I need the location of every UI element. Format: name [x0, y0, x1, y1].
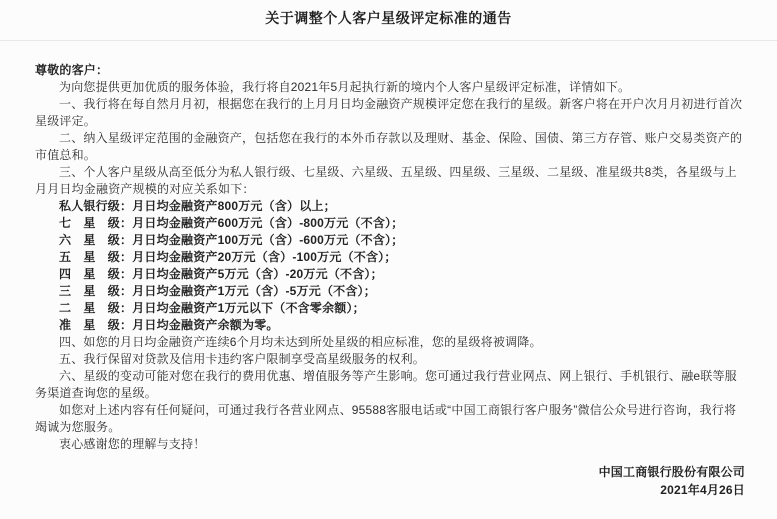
clause-2-paragraph: 二、纳入星级评定范围的金融资产，包括您在我行的本外币存款以及理财、基金、保险、国…	[35, 130, 745, 164]
clause-1-paragraph: 一、我行将在每自然月月初，根据您在我行的上月月日均金融资产规模评定您在我行的星级…	[35, 96, 745, 130]
notice-date: 2021年4月26日	[35, 481, 745, 499]
star-level-private-banking: 私人银行级：月日均金融资产800万元（含）以上；	[59, 198, 745, 215]
clause-4-paragraph: 四、如您的月日均金融资产连续6个月均未达到所处星级的相应标准，您的星级将被调降。	[35, 334, 745, 351]
intro-paragraph: 为向您提供更加优质的服务体验，我行将自2021年5月起执行新的境内个人客户星级评…	[35, 79, 745, 96]
star-level-four: 四 星 级：月日均金融资产5万元（含）-20万元（不含）；	[59, 266, 745, 283]
company-name: 中国工商银行股份有限公司	[35, 463, 745, 481]
clause-3-paragraph: 三、个人客户星级从高至低分为私人银行级、七星级、六星级、五星级、四星级、三星级、…	[35, 164, 745, 198]
contact-paragraph: 如您对上述内容有任何疑问，可通过我行各营业网点、95588客服电话或“中国工商银…	[35, 402, 745, 436]
signature-block: 中国工商银行股份有限公司 2021年4月26日	[35, 463, 745, 499]
star-level-three: 三 星 级：月日均金融资产1万元（含）-5万元（不含）；	[59, 283, 745, 300]
star-level-quasi: 准 星 级：月日均金融资产余额为零。	[59, 317, 745, 334]
star-level-five: 五 星 级：月日均金融资产20万元（含）-100万元（不含）；	[59, 249, 745, 266]
star-level-two: 二 星 级：月日均金融资产1万元以下（不含零余额）；	[59, 300, 745, 317]
clause-6-paragraph: 六、星级的变动可能对您在我行的费用优惠、增值服务等产生影响。您可通过我行营业网点…	[35, 368, 745, 402]
thanks-paragraph: 衷心感谢您的理解与支持！	[35, 436, 745, 453]
star-level-six: 六 星 级：月日均金融资产100万元（含）-600万元（不含）；	[59, 232, 745, 249]
clause-5-paragraph: 五、我行保留对贷款及信用卡违约客户限制享受高星级服务的权利。	[35, 351, 745, 368]
notice-document: 关于调整个人客户星级评定标准的通告 尊敬的客户： 为向您提供更加优质的服务体验，…	[0, 0, 777, 519]
greeting-line: 尊敬的客户：	[35, 62, 745, 79]
notice-title: 关于调整个人客户星级评定标准的通告	[0, 0, 777, 28]
notice-body: 尊敬的客户： 为向您提供更加优质的服务体验，我行将自2021年5月起执行新的境内…	[0, 41, 777, 499]
star-level-seven: 七 星 级：月日均金融资产600万元（含）-800万元（不含）；	[59, 215, 745, 232]
